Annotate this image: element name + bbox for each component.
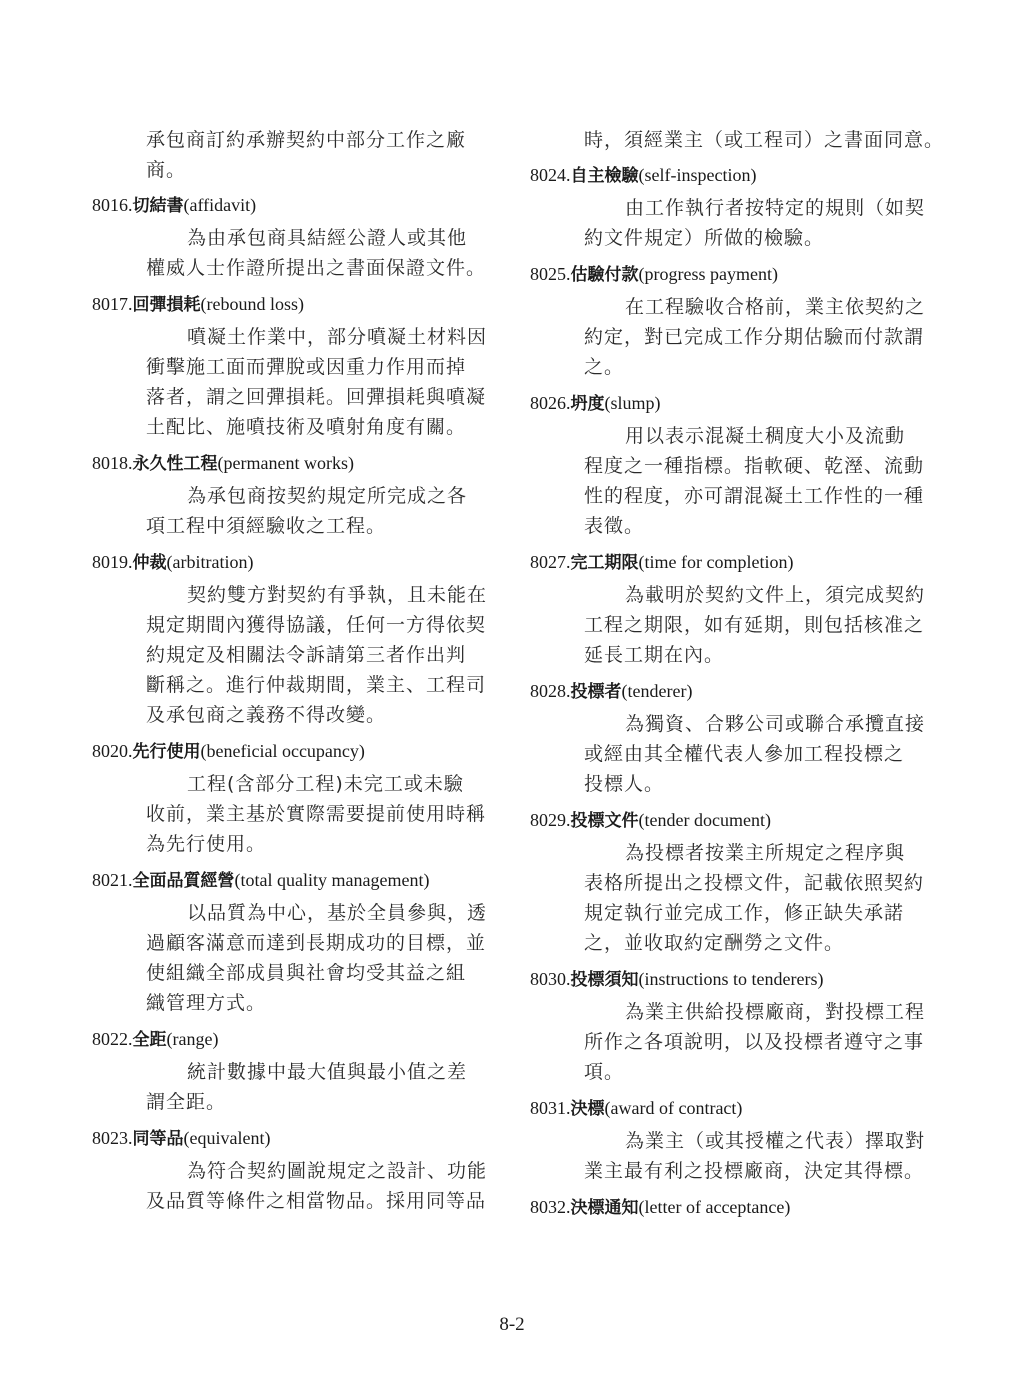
text-line: 織管理方式。 — [146, 988, 496, 1018]
entry-number: 8026. — [530, 393, 571, 413]
entry-term-en: (beneficial occupancy) — [201, 741, 365, 761]
entry-term-zh: 回彈損耗 — [133, 295, 201, 315]
entry-number: 8031. — [530, 1098, 571, 1118]
entry-number: 8027. — [530, 552, 571, 572]
entry-heading: 8016.切結書(affidavit) — [92, 190, 496, 220]
text-line: 為獨資、合夥公司或聯合承攬直接 — [584, 709, 934, 739]
entry-term-en: (arbitration) — [167, 552, 254, 572]
entry-definition: 統計數據中最大值與最小值之差謂全距。 — [146, 1057, 496, 1117]
entry-heading: 8029.投標文件(tender document) — [530, 805, 934, 835]
right-column: 時，須經業主（或工程司）之書面同意。8024.自主檢驗(self-inspect… — [530, 125, 934, 1225]
text-line: 由工作執行者按特定的規則（如契 — [584, 193, 934, 223]
text-line: 用以表示混凝土稠度大小及流動 — [584, 421, 934, 451]
entry-number: 8016. — [92, 195, 133, 215]
entry-number: 8025. — [530, 264, 571, 284]
text-line: 在工程驗收合格前，業主依契約之 — [584, 292, 934, 322]
entry-term-en: (rebound loss) — [201, 294, 304, 314]
entry-term-zh: 仲裁 — [133, 553, 167, 573]
text-line: 土配比、施噴技術及噴射角度有關。 — [146, 412, 496, 442]
entry-term-en: (letter of acceptance) — [639, 1197, 791, 1217]
text-line: 衝擊施工面而彈脫或因重力作用而掉 — [146, 352, 496, 382]
entry-heading: 8020.先行使用(beneficial occupancy) — [92, 736, 496, 766]
entry-term-en: (instructions to tenderers) — [639, 969, 824, 989]
text-line: 工程之期限，如有延期，則包括核准之 — [584, 610, 934, 640]
text-line: 項工程中須經驗收之工程。 — [146, 511, 496, 541]
entry-heading: 8031.決標(award of contract) — [530, 1093, 934, 1123]
text-line: 權威人士作證所提出之書面保證文件。 — [146, 253, 496, 283]
text-line: 謂全距。 — [146, 1087, 496, 1117]
text-line: 表格所提出之投標文件，記載依照契約 — [584, 868, 934, 898]
entry-number: 8022. — [92, 1029, 133, 1049]
text-line: 為由承包商具結經公證人或其他 — [146, 223, 496, 253]
text-line: 延長工期在內。 — [584, 640, 934, 670]
entry-heading: 8027.完工期限(time for completion) — [530, 547, 934, 577]
entry-term-zh: 自主檢驗 — [571, 166, 639, 186]
entry-heading: 8017.回彈損耗(rebound loss) — [92, 289, 496, 319]
text-line: 約文件規定）所做的檢驗。 — [584, 223, 934, 253]
text-line: 之，並收取約定酬勞之文件。 — [584, 928, 934, 958]
entry-definition: 契約雙方對契約有爭執，且未能在規定期間內獲得協議，任何一方得依契約規定及相關法令… — [146, 580, 496, 730]
entry-term-en: (equivalent) — [184, 1128, 271, 1148]
glossary-entry: 8022.全距(range)統計數據中最大值與最小值之差謂全距。 — [92, 1024, 496, 1117]
text-line: 約定，對已完成工作分期估驗而付款謂 — [584, 322, 934, 352]
entry-definition: 為載明於契約文件上，須完成契約工程之期限，如有延期，則包括核准之延長工期在內。 — [584, 580, 934, 670]
entry-heading: 8026.坍度(slump) — [530, 388, 934, 418]
text-line: 表徵。 — [584, 511, 934, 541]
text-line: 為先行使用。 — [146, 829, 496, 859]
entry-term-zh: 切結書 — [133, 196, 184, 216]
continuation-text: 承包商訂約承辦契約中部分工作之廠商。 — [146, 125, 496, 185]
entry-term-en: (award of contract) — [605, 1098, 743, 1118]
text-line: 為載明於契約文件上，須完成契約 — [584, 580, 934, 610]
entry-heading: 8030.投標須知(instructions to tenderers) — [530, 964, 934, 994]
document-page: 承包商訂約承辦契約中部分工作之廠商。8016.切結書(affidavit)為由承… — [0, 0, 1024, 1400]
entry-definition: 為業主供給投標廠商，對投標工程所作之各項說明，以及投標者遵守之事項。 — [584, 997, 934, 1087]
text-line: 落者，謂之回彈損耗。回彈損耗與噴凝 — [146, 382, 496, 412]
entry-heading: 8025.估驗付款(progress payment) — [530, 259, 934, 289]
entry-term-en: (tenderer) — [622, 681, 693, 701]
text-line: 所作之各項說明，以及投標者遵守之事 — [584, 1027, 934, 1057]
entry-term-zh: 決標通知 — [571, 1198, 639, 1218]
text-line: 為投標者按業主所規定之程序與 — [584, 838, 934, 868]
entry-number: 8018. — [92, 453, 133, 473]
entry-definition: 工程(含部分工程)未完工或未驗收前，業主基於實際需要提前使用時稱為先行使用。 — [146, 769, 496, 859]
glossary-entry: 8024.自主檢驗(self-inspection)由工作執行者按特定的規則（如… — [530, 160, 934, 253]
glossary-entry: 8028.投標者(tenderer)為獨資、合夥公司或聯合承攬直接或經由其全權代… — [530, 676, 934, 799]
entry-term-zh: 投標須知 — [571, 970, 639, 990]
text-line: 為業主供給投標廠商，對投標工程 — [584, 997, 934, 1027]
entry-definition: 為由承包商具結經公證人或其他權威人士作證所提出之書面保證文件。 — [146, 223, 496, 283]
entry-term-zh: 決標 — [571, 1099, 605, 1119]
entry-definition: 在工程驗收合格前，業主依契約之約定，對已完成工作分期估驗而付款謂之。 — [584, 292, 934, 382]
glossary-entry: 8016.切結書(affidavit)為由承包商具結經公證人或其他權威人士作證所… — [92, 190, 496, 283]
text-line: 為承包商按契約規定所完成之各 — [146, 481, 496, 511]
text-line: 為業主（或其授權之代表）擇取對 — [584, 1126, 934, 1156]
glossary-entry: 8030.投標須知(instructions to tenderers)為業主供… — [530, 964, 934, 1087]
text-line: 契約雙方對契約有爭執，且未能在 — [146, 580, 496, 610]
text-line: 約規定及相關法令訴請第三者作出判 — [146, 640, 496, 670]
entry-term-zh: 完工期限 — [571, 553, 639, 573]
glossary-entry: 8020.先行使用(beneficial occupancy)工程(含部分工程)… — [92, 736, 496, 859]
entry-number: 8029. — [530, 810, 571, 830]
entry-definition: 噴凝土作業中，部分噴凝土材料因衝擊施工面而彈脫或因重力作用而掉落者，謂之回彈損耗… — [146, 322, 496, 442]
text-line: 業主最有利之投標廠商，決定其得標。 — [584, 1156, 934, 1186]
entry-number: 8019. — [92, 552, 133, 572]
entry-term-en: (slump) — [605, 393, 661, 413]
text-line: 使組織全部成員與社會均受其益之組 — [146, 958, 496, 988]
glossary-entry: 8021.全面品質經營(total quality management)以品質… — [92, 865, 496, 1018]
entry-number: 8023. — [92, 1128, 133, 1148]
text-line: 工程(含部分工程)未完工或未驗 — [146, 769, 496, 799]
text-line: 承包商訂約承辦契約中部分工作之廠 — [146, 125, 496, 155]
entry-term-en: (tender document) — [639, 810, 771, 830]
page-number: 8-2 — [0, 1314, 1024, 1336]
entry-heading: 8018.永久性工程(permanent works) — [92, 448, 496, 478]
glossary-entry: 8027.完工期限(time for completion)為載明於契約文件上，… — [530, 547, 934, 670]
entry-heading: 8024.自主檢驗(self-inspection) — [530, 160, 934, 190]
text-line: 時，須經業主（或工程司）之書面同意。 — [584, 125, 934, 155]
text-line: 規定期間內獲得協議，任何一方得依契 — [146, 610, 496, 640]
entry-definition: 為投標者按業主所規定之程序與表格所提出之投標文件，記載依照契約規定執行並完成工作… — [584, 838, 934, 958]
text-line: 商。 — [146, 155, 496, 185]
glossary-entry: 8029.投標文件(tender document)為投標者按業主所規定之程序與… — [530, 805, 934, 958]
entry-number: 8030. — [530, 969, 571, 989]
entry-term-zh: 坍度 — [571, 394, 605, 414]
entry-number: 8020. — [92, 741, 133, 761]
text-line: 投標人。 — [584, 769, 934, 799]
entry-term-en: (total quality management) — [235, 870, 430, 890]
entry-term-zh: 全面品質經營 — [133, 871, 235, 891]
entry-heading: 8022.全距(range) — [92, 1024, 496, 1054]
entry-heading: 8032.決標通知(letter of acceptance) — [530, 1192, 934, 1222]
text-line: 之。 — [584, 352, 934, 382]
continuation-text: 時，須經業主（或工程司）之書面同意。 — [584, 125, 934, 155]
entry-term-en: (time for completion) — [639, 552, 794, 572]
entry-heading: 8019.仲裁(arbitration) — [92, 547, 496, 577]
entry-term-zh: 同等品 — [133, 1129, 184, 1149]
text-line: 或經由其全權代表人參加工程投標之 — [584, 739, 934, 769]
entry-term-en: (range) — [167, 1029, 219, 1049]
glossary-entry: 8025.估驗付款(progress payment)在工程驗收合格前，業主依契… — [530, 259, 934, 382]
entry-term-zh: 投標文件 — [571, 811, 639, 831]
text-line: 及品質等條件之相當物品。採用同等品 — [146, 1186, 496, 1216]
text-line: 過顧客滿意而達到長期成功的目標，並 — [146, 928, 496, 958]
entry-heading: 8021.全面品質經營(total quality management) — [92, 865, 496, 895]
entry-term-zh: 先行使用 — [133, 742, 201, 762]
entry-term-en: (progress payment) — [639, 264, 778, 284]
entry-definition: 為業主（或其授權之代表）擇取對業主最有利之投標廠商，決定其得標。 — [584, 1126, 934, 1186]
text-line: 性的程度，亦可謂混凝土工作性的一種 — [584, 481, 934, 511]
entry-definition: 用以表示混凝土稠度大小及流動程度之一種指標。指軟硬、乾溼、流動性的程度，亦可謂混… — [584, 421, 934, 541]
entry-term-zh: 永久性工程 — [133, 454, 218, 474]
glossary-entry: 8018.永久性工程(permanent works)為承包商按契約規定所完成之… — [92, 448, 496, 541]
glossary-entry: 8023.同等品(equivalent)為符合契約圖說規定之設計、功能及品質等條… — [92, 1123, 496, 1216]
entry-definition: 為獨資、合夥公司或聯合承攬直接或經由其全權代表人參加工程投標之投標人。 — [584, 709, 934, 799]
glossary-entry: 8026.坍度(slump)用以表示混凝土稠度大小及流動程度之一種指標。指軟硬、… — [530, 388, 934, 541]
entry-number: 8021. — [92, 870, 133, 890]
entry-term-en: (self-inspection) — [639, 165, 757, 185]
text-line: 為符合契約圖說規定之設計、功能 — [146, 1156, 496, 1186]
text-line: 項。 — [584, 1057, 934, 1087]
entry-number: 8017. — [92, 294, 133, 314]
glossary-entry: 8032.決標通知(letter of acceptance) — [530, 1192, 934, 1222]
glossary-entry: 8017.回彈損耗(rebound loss)噴凝土作業中，部分噴凝土材料因衝擊… — [92, 289, 496, 442]
glossary-entry: 8019.仲裁(arbitration)契約雙方對契約有爭執，且未能在規定期間內… — [92, 547, 496, 730]
entry-definition: 由工作執行者按特定的規則（如契約文件規定）所做的檢驗。 — [584, 193, 934, 253]
text-line: 以品質為中心，基於全員參與，透 — [146, 898, 496, 928]
text-line: 程度之一種指標。指軟硬、乾溼、流動 — [584, 451, 934, 481]
entry-number: 8024. — [530, 165, 571, 185]
entry-term-en: (affidavit) — [184, 195, 257, 215]
text-line: 規定執行並完成工作，修正缺失承諾 — [584, 898, 934, 928]
entry-term-zh: 估驗付款 — [571, 265, 639, 285]
text-line: 統計數據中最大值與最小值之差 — [146, 1057, 496, 1087]
entry-term-zh: 全距 — [133, 1030, 167, 1050]
glossary-entry: 8031.決標(award of contract)為業主（或其授權之代表）擇取… — [530, 1093, 934, 1186]
text-line: 斷稱之。進行仲裁期間，業主、工程司 — [146, 670, 496, 700]
entry-term-en: (permanent works) — [218, 453, 354, 473]
left-column: 承包商訂約承辦契約中部分工作之廠商。8016.切結書(affidavit)為由承… — [92, 125, 496, 1222]
entry-heading: 8023.同等品(equivalent) — [92, 1123, 496, 1153]
entry-definition: 為承包商按契約規定所完成之各項工程中須經驗收之工程。 — [146, 481, 496, 541]
entry-number: 8028. — [530, 681, 571, 701]
entry-definition: 為符合契約圖說規定之設計、功能及品質等條件之相當物品。採用同等品 — [146, 1156, 496, 1216]
entry-term-zh: 投標者 — [571, 682, 622, 702]
text-line: 收前，業主基於實際需要提前使用時稱 — [146, 799, 496, 829]
entry-number: 8032. — [530, 1197, 571, 1217]
text-line: 及承包商之義務不得改變。 — [146, 700, 496, 730]
entry-definition: 以品質為中心，基於全員參與，透過顧客滿意而達到長期成功的目標，並使組織全部成員與… — [146, 898, 496, 1018]
text-line: 噴凝土作業中，部分噴凝土材料因 — [146, 322, 496, 352]
entry-heading: 8028.投標者(tenderer) — [530, 676, 934, 706]
